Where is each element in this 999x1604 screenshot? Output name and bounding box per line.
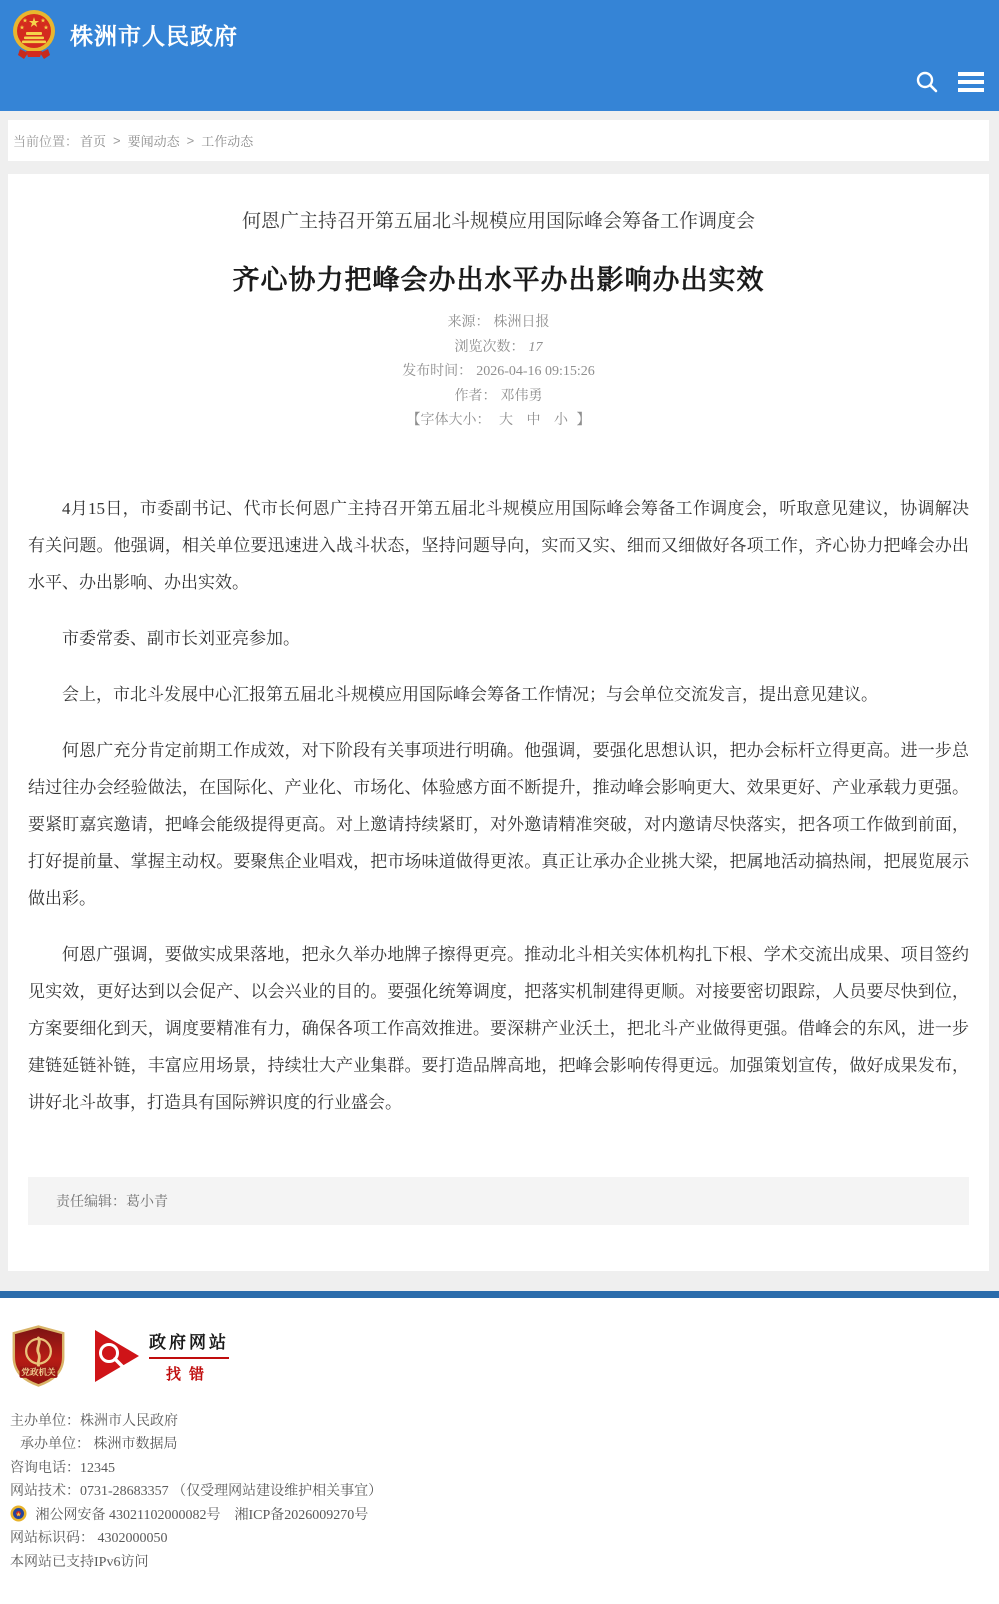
editor-bar: 责任编辑：葛小青 [28, 1177, 969, 1225]
error-badge-sub: 找错 [149, 1363, 229, 1384]
font-size-small-button[interactable]: 小 [554, 413, 568, 428]
party-gov-badge-icon[interactable]: 党政机关 [10, 1324, 67, 1388]
page-title: 齐心协力把峰会办出水平办出影响办出实效 [28, 258, 969, 297]
footer-line-undertake: 承办单位： 株洲市数据局 [10, 1433, 983, 1457]
editor-label: 责任编辑：葛小青 [56, 1193, 168, 1209]
meta-views: 浏览次数：17 [28, 336, 969, 361]
meta-author: 作者：邓伟勇 [28, 385, 969, 410]
breadcrumb-separator: > [113, 133, 121, 148]
article-body: 4月15日，市委副书记、代市长何恩广主持召开第五届北斗规模应用国际峰会筹备工作调… [28, 490, 969, 1121]
security-record-text: 湘公网安备 43021102000082号 湘ICP备2026009270号 [36, 1508, 369, 1523]
footer-divider-bar [0, 1291, 999, 1298]
site-title: 株洲市人民政府 [70, 18, 238, 51]
svg-text:★: ★ [16, 1512, 21, 1518]
breadcrumb-label: 当前位置： [13, 131, 78, 150]
svg-text:★: ★ [22, 18, 27, 24]
site-header: ★ ★ ★ ★ ★ 株洲市人民政府 [0, 0, 999, 111]
police-badge-icon: ★ [10, 1505, 27, 1522]
svg-text:★: ★ [40, 18, 45, 24]
breadcrumb-separator: > [187, 133, 195, 148]
svg-text:党政机关: 党政机关 [21, 1366, 56, 1377]
meta-source: 来源：株洲日报 [28, 311, 969, 336]
error-report-badge[interactable]: 政府网站 找错 [93, 1328, 229, 1384]
font-size-tool: 【字体大小： 大 中 小 】 [28, 409, 969, 434]
error-badge-title: 政府网站 [149, 1328, 229, 1359]
meta-publish-time: 发布时间：2026-04-16 09:15:26 [28, 360, 969, 385]
breadcrumb-link-home[interactable]: 首页 [80, 131, 106, 150]
footer-line-ipv6: 本网站已支持IPv6访问 [10, 1551, 983, 1575]
breadcrumb-link-work[interactable]: 工作动态 [201, 131, 253, 150]
site-logo[interactable]: ★ ★ ★ ★ ★ 株洲市人民政府 [0, 0, 999, 59]
footer-gap [0, 1271, 999, 1291]
footer-badges: 党政机关 政府网站 找错 [10, 1324, 983, 1388]
breadcrumb-link-news[interactable]: 要闻动态 [128, 131, 180, 150]
paragraph: 4月15日，市委副书记、代市长何恩广主持召开第五届北斗规模应用国际峰会筹备工作调… [28, 490, 969, 601]
article-meta: 来源：株洲日报 浏览次数：17 发布时间：2026-04-16 09:15:26… [28, 311, 969, 434]
paragraph: 何恩广强调，要做实成果落地，把永久举办地牌子擦得更亮。推动北斗相关实体机构扎下根… [28, 936, 969, 1121]
svg-text:★: ★ [19, 25, 24, 31]
footer-line-phone: 咨询电话：12345 [10, 1457, 983, 1481]
site-footer: 党政机关 政府网站 找错 主办单位：株洲市人民政府 承办单位： 株洲市数据局 咨… [0, 1298, 999, 1604]
paragraph: 何恩广充分肯定前期工作成效，对下阶段有关事项进行明确。他强调，要强化思想认识，把… [28, 732, 969, 917]
article-subtitle: 何恩广主持召开第五届北斗规模应用国际峰会筹备工作调度会 [28, 208, 969, 236]
menu-icon[interactable] [957, 68, 985, 96]
svg-text:★: ★ [43, 25, 48, 31]
font-size-large-button[interactable]: 大 [499, 413, 513, 428]
paragraph: 市委常委、副市长刘亚亮参加。 [28, 620, 969, 657]
magnifier-icon [93, 1328, 141, 1384]
search-icon[interactable] [913, 68, 941, 96]
footer-line-host: 主办单位：株洲市人民政府 [10, 1410, 983, 1434]
article-panel: 何恩广主持召开第五届北斗规模应用国际峰会筹备工作调度会 齐心协力把峰会办出水平办… [8, 174, 989, 1271]
footer-line-security[interactable]: ★ 湘公网安备 43021102000082号 湘ICP备2026009270号 [10, 1504, 983, 1528]
footer-line-tech: 网站技术：0731-28683357 （仅受理网站建设维护相关事宜） [10, 1480, 983, 1504]
font-size-medium-button[interactable]: 中 [527, 413, 541, 428]
svg-text:★: ★ [29, 17, 40, 29]
national-emblem-icon: ★ ★ ★ ★ ★ [10, 9, 58, 59]
paragraph: 会上，市北斗发展中心汇报第五届北斗规模应用国际峰会筹备工作情况；与会单位交流发言… [28, 676, 969, 713]
footer-line-site-code: 网站标识码： 4302000050 [10, 1527, 983, 1551]
breadcrumb: 当前位置： 首页 > 要闻动态 > 工作动态 [8, 120, 989, 161]
